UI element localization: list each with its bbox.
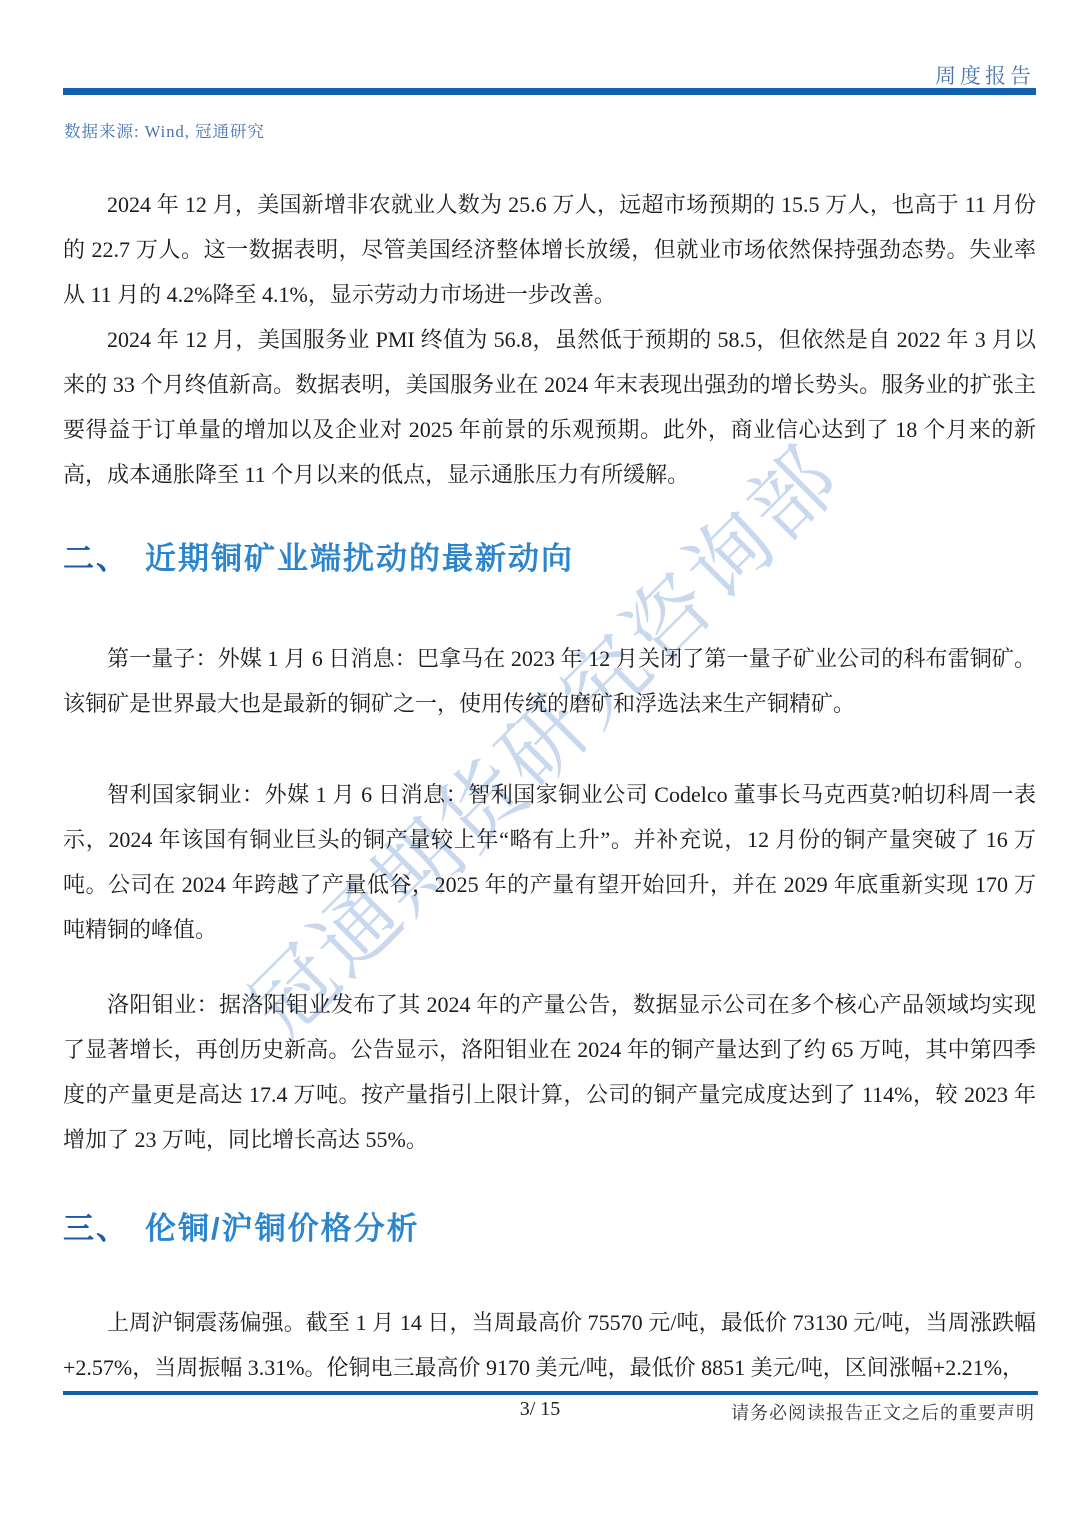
footer-disclaimer: 请务必阅读报告正文之后的重要声明: [731, 1399, 1035, 1425]
paragraph-us-services-pmi: 2024 年 12 月，美国服务业 PMI 终值为 56.8，虽然低于预期的 5…: [63, 317, 1036, 497]
footer-divider-rule: [63, 1391, 1038, 1395]
paragraph-us-nonfarm-payrolls: 2024 年 12 月，美国新增非农就业人数为 25.6 万人，远超市场预期的 …: [63, 182, 1036, 317]
section-number: 二、: [63, 541, 129, 576]
section-heading-copper-price-analysis: 三、伦铜/沪铜价格分析: [63, 1203, 1036, 1248]
diagonal-watermark: 冠通期货研究咨询部: [217, 414, 863, 1060]
paragraph-shfe-lme-copper-prices: 上周沪铜震荡偏强。截至 1 月 14 日，当周最高价 75570 元/吨，最低价…: [63, 1300, 1036, 1390]
section-title: 伦铜/沪铜价格分析: [145, 1211, 420, 1246]
section-title: 近期铜矿业端扰动的最新动向: [145, 541, 574, 576]
data-source-note: 数据来源: Wind, 冠通研究: [64, 118, 265, 142]
paragraph-codelco: 智利国家铜业：外媒 1 月 6 日消息：智利国家铜业公司 Codelco 董事长…: [63, 772, 1036, 952]
paragraph-first-quantum: 第一量子：外媒 1 月 6 日消息：巴拿马在 2023 年 12 月关闭了第一量…: [63, 636, 1036, 726]
paragraph-cmoc-luoyang: 洛阳钼业：据洛阳钼业发布了其 2024 年的产量公告，数据显示公司在多个核心产品…: [63, 982, 1036, 1162]
report-type-label: 周度报告: [935, 60, 1035, 90]
section-heading-copper-mine-news: 二、近期铜矿业端扰动的最新动向: [63, 533, 1036, 578]
section-number: 三、: [63, 1211, 129, 1246]
report-page: 冠通期货研究咨询部 周度报告 数据来源: Wind, 冠通研究 2024 年 1…: [0, 0, 1080, 1527]
header-divider-rule: [63, 88, 1036, 95]
